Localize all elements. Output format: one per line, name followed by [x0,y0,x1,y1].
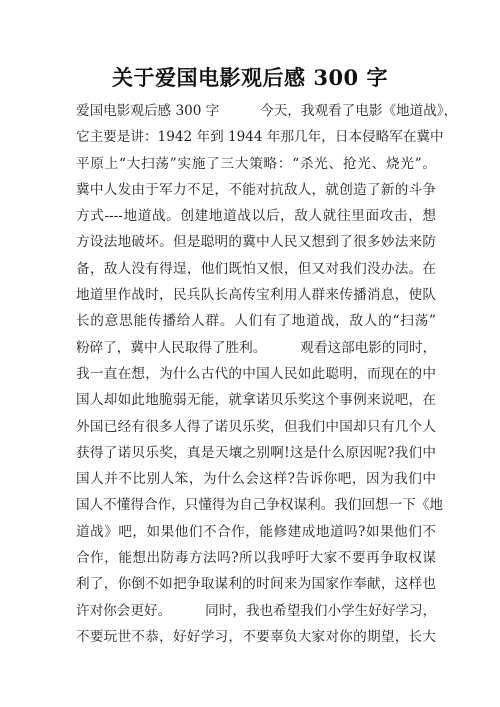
text-line: 国人并不比别人笨，为什么会这样?告诉你吧，因为我们中 [76,466,436,492]
text-line: 道战》吧，如果他们不合作，能修建成地道吗?如果他们不 [76,519,436,545]
text-line: 不要玩世不恭，好好学习，不要辜负大家对你的期望，长大 [76,624,436,650]
text-line: 方设法地破坏。但是聪明的冀中人民又想到了很多妙法来防 [76,229,436,255]
text-line: 方式----地道战。创建地道战以后，敌人就往里面攻击，想 [76,203,436,229]
text-line: 平原上“大扫荡”实施了三大策略：“杀光、抢光、烧光”。 [76,151,436,177]
text-line: 爱国电影观后感 300 字 今天，我观看了电影《地道战》， [76,98,436,124]
text-line: 国人不懂得合作，只懂得为自己争权谋利。我们回想一下《地 [76,492,436,518]
text-line: 长的意思能传播给人群。人们有了地道战，敌人的“扫荡” [76,308,436,334]
text-line: 国人却如此地脆弱无能，就拿诺贝乐奖这个事例来说吧，在 [76,387,436,413]
text-line: 许对你会更好。 同时，我也希望我们小学生好好学习， [76,598,436,624]
document-body: 爱国电影观后感 300 字 今天，我观看了电影《地道战》， 它主要是讲：1942… [76,98,436,650]
text-line: 利了，你倒不如把争取谋利的时间来为国家作奉献，这样也 [76,571,436,597]
text-line: 粉碎了，冀中人民取得了胜利。 观看这部电影的同时， [76,335,436,361]
text-line: 备，敌人没有得逞，他们既怕又恨，但又对我们没办法。在 [76,256,436,282]
text-line: 它主要是讲：1942 年到 1944 年那几年，日本侵略军在冀中 [76,124,436,150]
text-line: 我一直在想，为什么古代的中国人民如此聪明，而现在的中 [76,361,436,387]
text-line: 冀中人发由于军力不足，不能对抗敌人，就创造了新的斗争 [76,177,436,203]
text-line: 外国已经有很多人得了诺贝乐奖，但我们中国却只有几个人 [76,414,436,440]
document-title: 关于爱国电影观后感 300 字 [0,62,500,92]
text-line: 获得了诺贝乐奖，真是天壤之别啊!这是什么原因呢?我们中 [76,440,436,466]
document-page: 关于爱国电影观后感 300 字 爱国电影观后感 300 字 今天，我观看了电影《… [0,0,500,707]
text-line: 地道里作战时，民兵队长高传宝利用人群来传播消息，使队 [76,282,436,308]
text-line: 合作，能想出防毒方法吗?所以我呼吁大家不要再争取权谋 [76,545,436,571]
